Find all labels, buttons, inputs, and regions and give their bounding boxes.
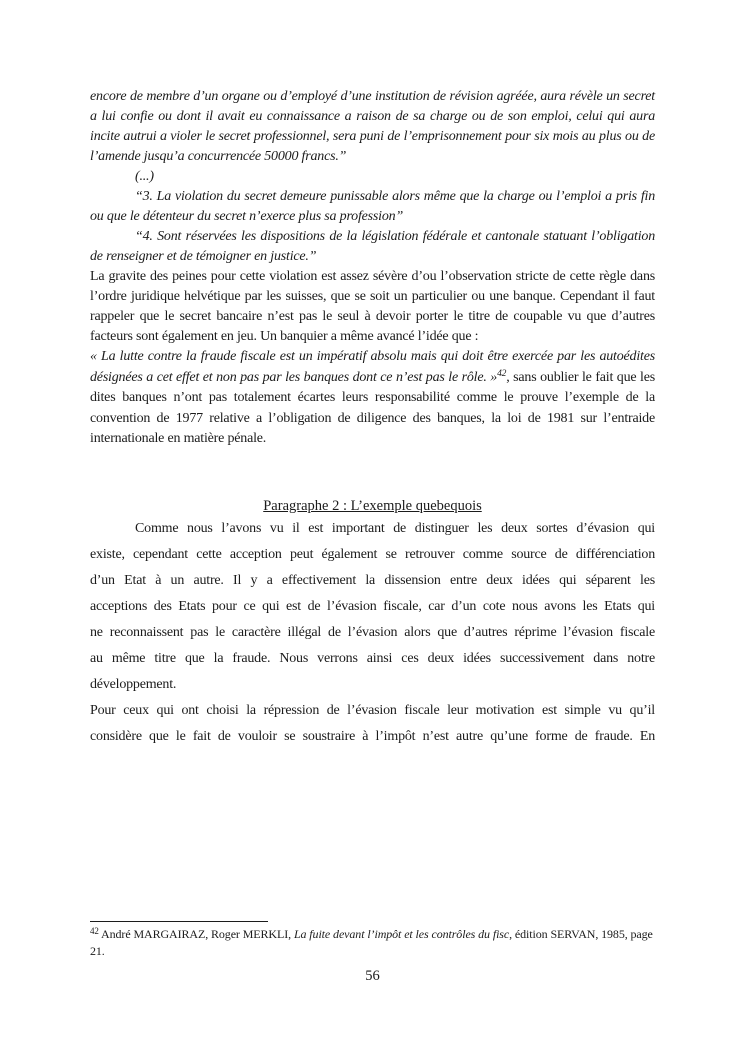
quote-item-3: “3. La violation du secret demeure punis…: [90, 187, 655, 227]
document-page: encore de membre d’un organe ou d’employ…: [0, 0, 745, 1053]
quote-item-4: “4. Sont réservées les dispositions de l…: [90, 227, 655, 267]
ellipsis-marker: (...): [90, 167, 655, 187]
paragraph-pour-ceux-qui-ont-choisi: Pour ceux qui ont choisi la répression d…: [90, 698, 655, 750]
footnote-42: 42 André MARGAIRAZ, Roger MERKLI, La fui…: [90, 926, 655, 959]
footnote-reference-42: 42: [497, 369, 506, 379]
paragraph-comme-nous-avons-vu: Comme nous l’avons vu il est important d…: [90, 516, 655, 698]
footnote-book-title: La fuite devant l’impôt et les contrôles…: [294, 927, 509, 941]
paragraph-gravite-des-peines: La gravite des peines pour cette violati…: [90, 267, 655, 347]
section-heading-paragraphe-2: Paragraphe 2 : L’exemple quebequois: [90, 496, 655, 516]
footnote-marker: 42: [90, 926, 99, 936]
paragraph-lutte-citation: « La lutte contre la fraude fiscale est …: [90, 347, 655, 450]
page-number: 56: [0, 968, 745, 985]
footnote-authors: André MARGAIRAZ, Roger MERKLI,: [99, 927, 294, 941]
footnote-separator-rule: [90, 921, 268, 922]
page-content: encore de membre d’un organe ou d’employ…: [90, 87, 655, 750]
quote-continuation-paragraph: encore de membre d’un organe ou d’employ…: [90, 87, 655, 167]
footnote-area: 42 André MARGAIRAZ, Roger MERKLI, La fui…: [90, 921, 655, 959]
